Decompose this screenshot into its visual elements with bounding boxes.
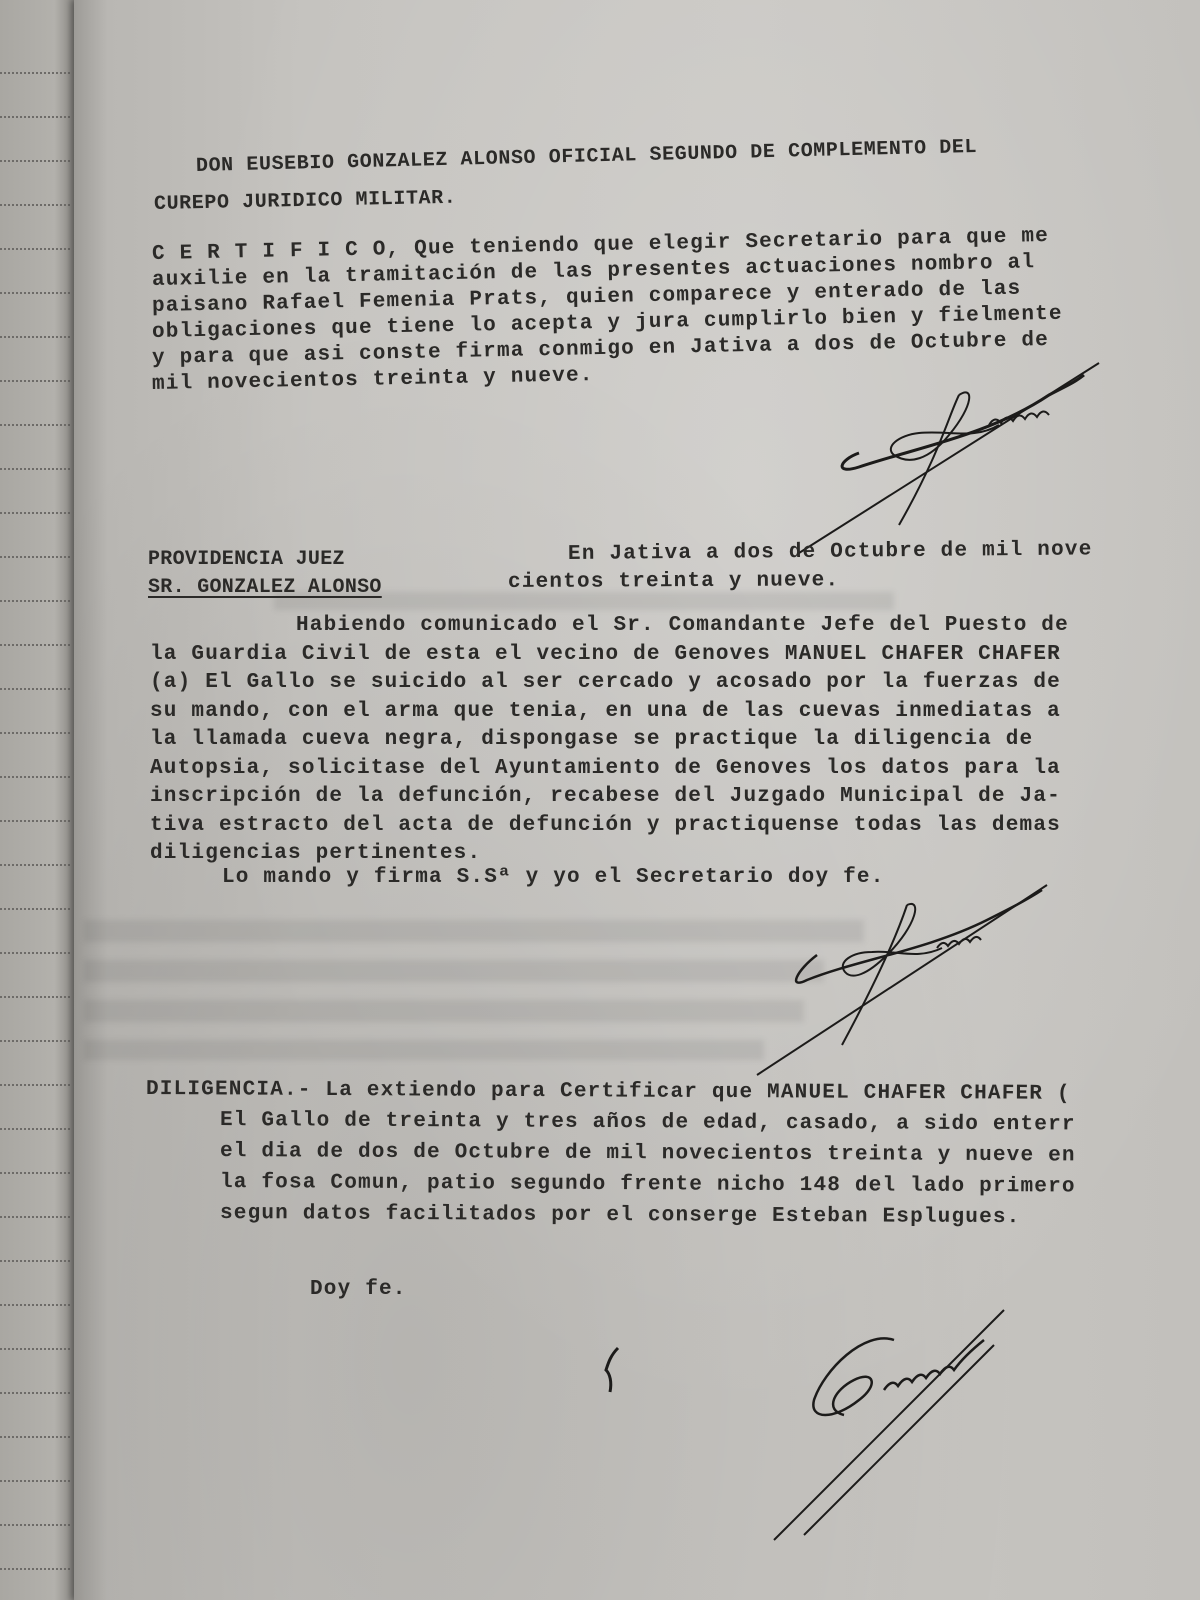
ruled-line [0, 732, 70, 734]
ruled-line [0, 1084, 70, 1086]
typewritten-page: DON EUSEBIO GONZALEZ ALONSO OFICIAL SEGU… [74, 0, 1200, 1600]
signature-icon [757, 880, 1057, 1080]
providencia-body-line: Habiendo comunicado el Sr. Comandante Je… [296, 614, 1069, 637]
ruled-line [0, 160, 70, 162]
ruled-line [0, 1392, 70, 1394]
providencia-body-line: Autopsia, solicitase del Ayuntamiento de… [150, 757, 1061, 780]
ruled-line [0, 292, 70, 294]
ruled-line [0, 952, 70, 954]
pen-mark [600, 1346, 630, 1401]
ruled-line [0, 776, 70, 778]
bleed-through-text [84, 960, 824, 982]
providencia-body-line: inscripción de la defunción, recabese de… [150, 785, 1061, 808]
diligencia-line: el dia de dos de Octubre de mil novecien… [220, 1140, 1076, 1167]
providencia-title: PROVIDENCIA JUEZ [148, 548, 345, 571]
ruled-line [0, 1216, 70, 1218]
signature-2 [757, 880, 1057, 1085]
diligencia-line: segun datos facilitados por el conserge … [220, 1202, 1021, 1229]
header-line-2: CUREPO JURIDICO MILITAR. [154, 187, 457, 216]
diligencia-line: la fosa Comun, patio segundo frente nich… [220, 1171, 1076, 1198]
ruled-line [0, 908, 70, 910]
ruled-line [0, 1260, 70, 1262]
ruled-line [0, 468, 70, 470]
ruled-line [0, 1040, 70, 1042]
ruled-line [0, 556, 70, 558]
underlying-page-edge [0, 0, 78, 1600]
ruled-line [0, 820, 70, 822]
bleed-through-text [84, 1000, 804, 1022]
providencia-date-1: En Jativa a dos de Octubre de mil nove [568, 538, 1093, 566]
signature-icon [799, 355, 1119, 555]
header-line-1: DON EUSEBIO GONZALEZ ALONSO OFICIAL SEGU… [196, 136, 978, 178]
ruled-line [0, 1304, 70, 1306]
pen-mark-icon [600, 1346, 630, 1396]
ruled-line [0, 336, 70, 338]
ruled-line [0, 688, 70, 690]
ruled-line [0, 116, 70, 118]
ruled-line [0, 1480, 70, 1482]
diligencia-line: DILIGENCIA.- La extiendo para Certificar… [146, 1078, 1071, 1106]
ruled-line [0, 1348, 70, 1350]
ruled-line [0, 1568, 70, 1570]
signature-3 [754, 1290, 1094, 1555]
providencia-date-2: cientos treinta y nueve. [508, 569, 839, 594]
providencia-body-line: (a) El Gallo se suicido al ser cercado y… [150, 671, 1061, 694]
ruled-line [0, 1524, 70, 1526]
ruled-line [0, 248, 70, 250]
certifico-line: mil novecientos treinta y nueve. [152, 364, 594, 396]
providencia-body-line: su mando, con el arma que tenia, en una … [150, 700, 1061, 723]
providencia-body-line: la Guardia Civil de esta el vecino de Ge… [150, 643, 1061, 666]
ruled-line [0, 512, 70, 514]
ruled-line [0, 644, 70, 646]
providencia-body-line: tiva estracto del acta de defunción y pr… [150, 814, 1061, 837]
ruled-line [0, 996, 70, 998]
ruled-line [0, 72, 70, 74]
providencia-body-line: la llamada cueva negra, dispongase se pr… [150, 728, 1033, 751]
signature-1 [799, 355, 1119, 560]
ruled-line [0, 864, 70, 866]
ruled-line [0, 1436, 70, 1438]
judge-name: SR. GONZALEZ ALONSO [148, 576, 382, 599]
ruled-line [0, 600, 70, 602]
bleed-through-text [84, 920, 864, 942]
ruled-line [0, 380, 70, 382]
providencia-body-line: diligencias pertinentes. [150, 842, 481, 865]
ruled-line [0, 204, 70, 206]
diligencia-closing: Doy fe. [310, 1278, 407, 1301]
ruled-line [0, 1172, 70, 1174]
diligencia-line: El Gallo de treinta y tres años de edad,… [220, 1109, 1076, 1136]
bleed-through-text [84, 1040, 764, 1060]
ruled-line [0, 1128, 70, 1130]
ruled-line [0, 424, 70, 426]
signature-icon [754, 1290, 1094, 1550]
